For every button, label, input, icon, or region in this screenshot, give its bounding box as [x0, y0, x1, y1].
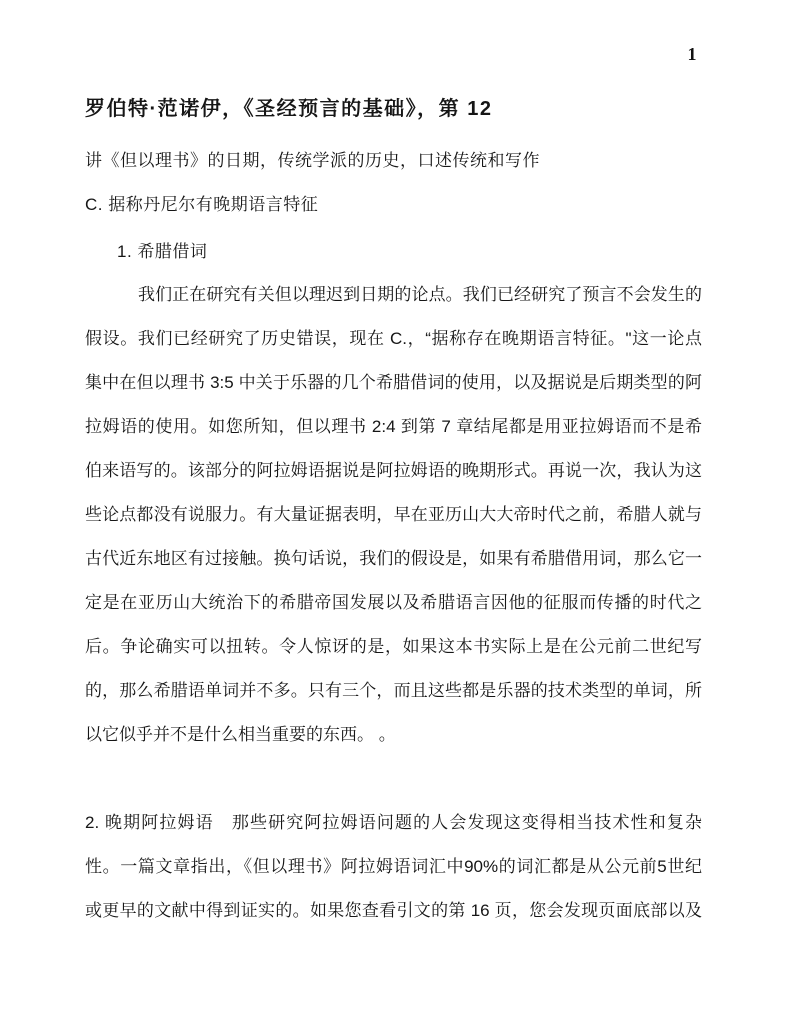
paragraph-line: 些论点都没有说服力。有大量证据表明，早在亚历山大大帝时代之前，希腊人就与 [85, 493, 702, 537]
paragraph-1: 我们正在研究有关但以理迟到日期的论点。我们已经研究了预言不会发生的 假设。我们已… [85, 273, 702, 757]
page-number: 1 [682, 44, 702, 65]
paragraph-line: 2. 晚期阿拉姆语 那些研究阿拉姆语问题的人会发现这变得相当技术性和复杂 [85, 801, 702, 845]
document-title: 罗伯特·范诺伊，《圣经预言的基础》，第 12 [85, 96, 725, 122]
paragraph-line: 假设。我们已经研究了历史错误，现在 C.，“据称存在晚期语言特征。"这一论点 [85, 317, 702, 361]
paragraph-line: 拉姆语的使用。如您所知，但以理书 2:4 到第 7 章结尾都是用亚拉姆语而不是希 [85, 405, 702, 449]
paragraph-2: 2. 晚期阿拉姆语 那些研究阿拉姆语问题的人会发现这变得相当技术性和复杂 性。一… [85, 801, 702, 933]
paragraph-line: 定是在亚历山大统治下的希腊帝国发展以及希腊语言因他的征服而传播的时代之 [85, 581, 702, 625]
paragraph-line: 的，那么希腊语单词并不多。只有三个，而且这些都是乐器的技术类型的单词，所 [85, 669, 702, 713]
subsection-heading-1: 1. 希腊借词 [117, 240, 717, 264]
paragraph-line: 性。一篇文章指出，《但以理书》阿拉姆语词汇中90%的词汇都是从公元前5世纪 [85, 845, 702, 889]
paragraph-line: 集中在但以理书 3:5 中关于乐器的几个希腊借词的使用，以及据说是后期类型的阿 [85, 361, 702, 405]
section-heading-c: C. 据称丹尼尔有晚期语言特征 [85, 193, 725, 217]
paragraph-line: 后。争论确实可以扭转。令人惊讶的是，如果这本书实际上是在公元前二世纪写 [85, 625, 702, 669]
paragraph-line: 以它似乎并不是什么相当重要的东西。 。 [85, 713, 702, 757]
document-subtitle: 讲《但以理书》的日期，传统学派的历史，口述传统和写作 [85, 149, 725, 173]
paragraph-line: 古代近东地区有过接触。换句话说，我们的假设是，如果有希腊借用词，那么它一 [85, 537, 702, 581]
document-page: 1 罗伯特·范诺伊，《圣经预言的基础》，第 12 讲《但以理书》的日期，传统学派… [0, 0, 791, 1024]
paragraph-line: 我们正在研究有关但以理迟到日期的论点。我们已经研究了预言不会发生的 [85, 273, 702, 317]
paragraph-line: 伯来语写的。该部分的阿拉姆语据说是阿拉姆语的晚期形式。再说一次，我认为这 [85, 449, 702, 493]
paragraph-line: 或更早的文献中得到证实的。如果您查看引文的第 16 页，您会发现页面底部以及 [85, 889, 702, 933]
